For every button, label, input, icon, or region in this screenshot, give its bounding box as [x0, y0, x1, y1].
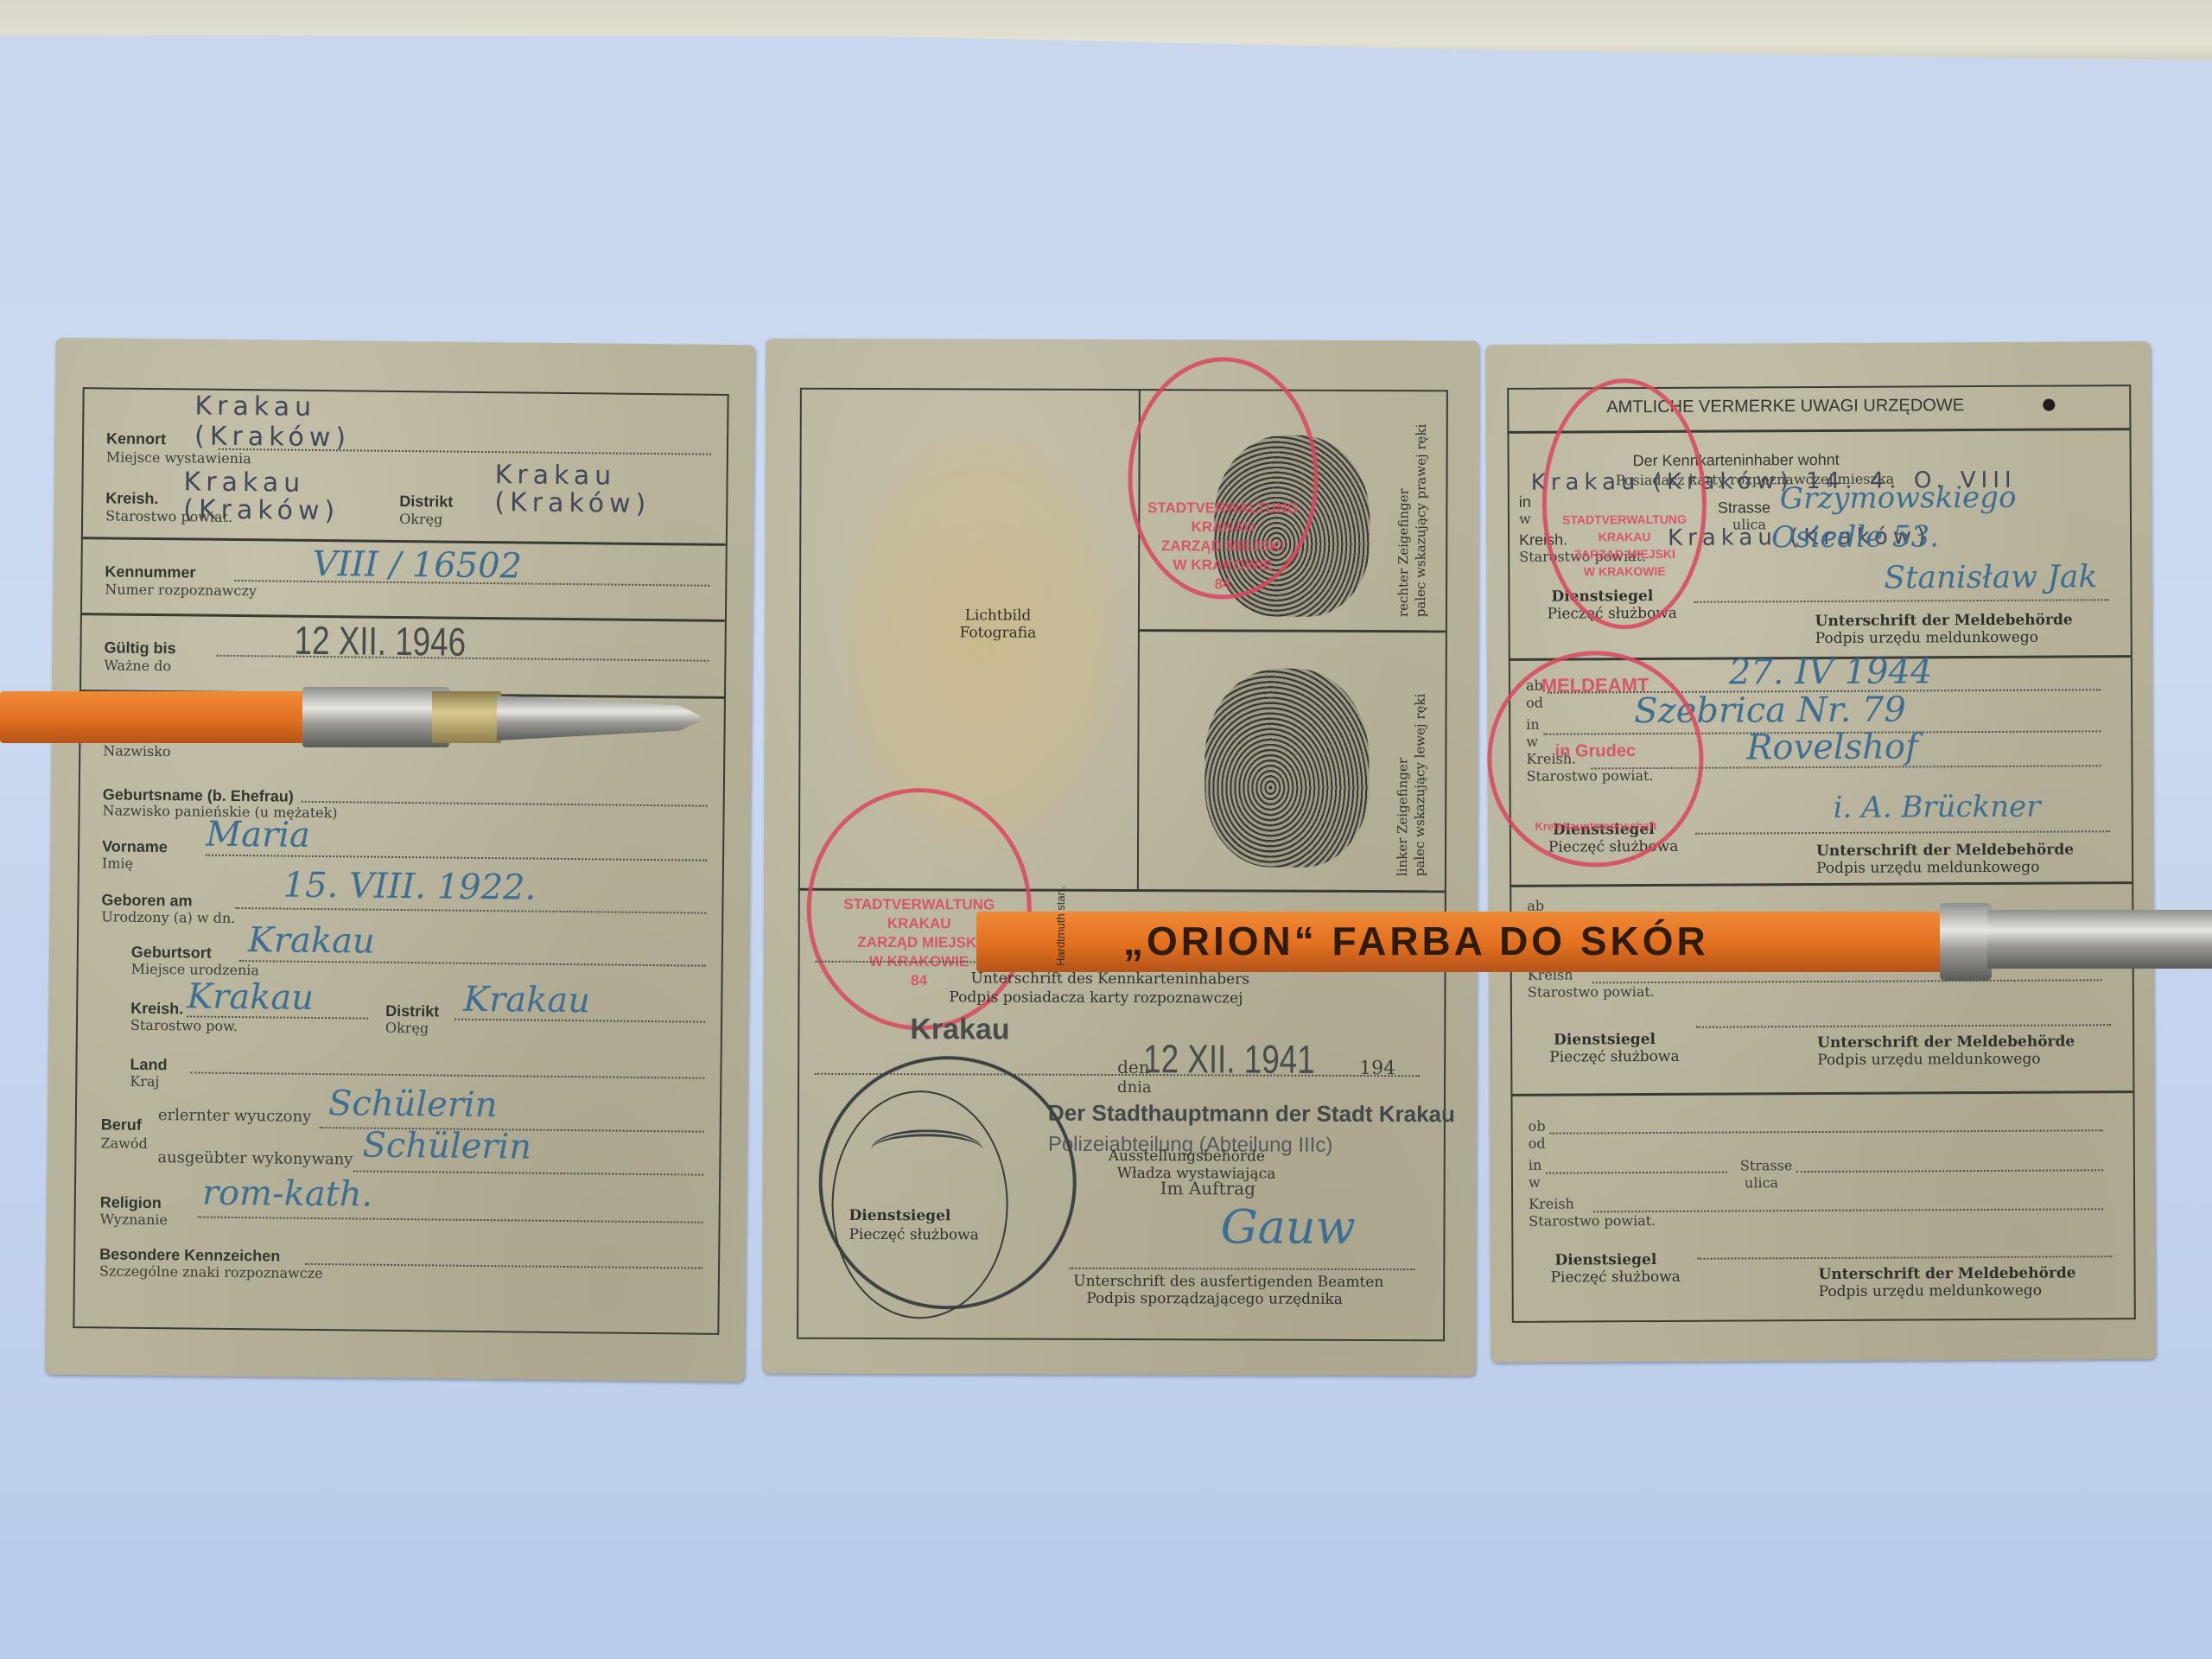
kreish-value: Rovelshof — [1746, 727, 1918, 767]
kreish-sub: Starostwo powiat. — [1529, 1212, 1656, 1230]
year-prefix: 194 — [1359, 1058, 1395, 1079]
stamp-text: MELDEAMT — [1491, 674, 1699, 697]
religion-value: rom-kath. — [202, 1173, 373, 1215]
strasse-label: Strasse — [1740, 1157, 1793, 1173]
sign-sub: Podpis urzędu meldunkowego — [1819, 1282, 2042, 1300]
gultig-label: Gültig bis — [104, 639, 175, 658]
seal-label: Dienstsiegel — [1554, 1031, 1656, 1049]
eagle-emblem-icon — [871, 1129, 983, 1171]
city-red-stamp: STADTVERWALTUNG KRAKAU ZARZĄD MIEJSKI W … — [1128, 357, 1319, 600]
photo-label: Lichtbild — [946, 607, 1050, 624]
osiedle-value: Osiedle 53. — [1771, 519, 1939, 555]
kennort-value: Krakau — [194, 391, 316, 422]
gultig-value: 12 XII. 1946 — [294, 617, 466, 665]
sign-label: Unterschrift der Meldebehörde — [1817, 1033, 2075, 1052]
distrikt2-label: Distrikt — [385, 1002, 439, 1021]
distrikt-label: Distrikt — [399, 493, 453, 512]
pen-ferrule — [1940, 903, 1992, 981]
gultig-sub: Ważne do — [104, 657, 171, 674]
kennort-label: Kennort — [106, 429, 166, 448]
kreish2-label: Kreish. — [130, 1000, 183, 1019]
punch-hole — [2043, 399, 2055, 411]
stamp-text: Kreishauptmannschaft — [1492, 819, 1700, 833]
stamp-text: KRAKAU — [1547, 530, 1702, 544]
stamp-text: W KRAKOWIE — [1547, 564, 1702, 579]
geburtsort-label: Geburtsort — [131, 944, 212, 963]
pen-brand-text: „ORION“ FARBA DO SKÓR — [1123, 918, 1709, 964]
od-label: od — [1529, 1135, 1546, 1152]
official-signature-sub: Podpis sporządzającego urzędnika — [1086, 1290, 1343, 1308]
sign-sub: Podpis urzędu meldunkowego — [1815, 629, 2038, 647]
kreish-value: Krakau — [183, 467, 305, 498]
fabric-background — [0, 0, 2212, 60]
stamp-text: ZARZĄD MIEJSKI — [1547, 547, 1702, 562]
photo-sub: Fotografia — [946, 624, 1050, 641]
distrikt-value: Krakau — [494, 460, 616, 491]
im-auftrag: Im Auftrag — [1160, 1178, 1255, 1198]
stamp-text: STADTVERWALTUNG — [1547, 512, 1702, 527]
right-finger-sub: palec wskazujący prawej ręki — [1413, 424, 1429, 618]
authority: Der Stadthauptmann der Stadt Krakau — [1048, 1100, 1455, 1128]
geburtsort-value: Krakau — [248, 920, 375, 962]
name-sub: Nazwisko — [103, 742, 171, 760]
meldeamt-red-stamp: MELDEAMT in Grudec Kreishauptmannschaft — [1487, 651, 1704, 868]
left-panel-personal-data: Krakau (Kraków) Kennort Miejsce wystawie… — [45, 338, 756, 1382]
seal-box-circle — [831, 1090, 1008, 1319]
kreish-sub: Starostwo powiat. — [1528, 983, 1655, 1001]
vorname-label: Vorname — [102, 837, 168, 856]
distrikt-value2: (Kraków) — [494, 487, 651, 519]
seal-sub: Pieczęć służbowa — [849, 1226, 978, 1244]
place: Krakau — [910, 1013, 1009, 1046]
practiced-value: Schülerin — [362, 1126, 531, 1167]
sign-label: Unterschrift der Meldebehörde — [1819, 1264, 2076, 1283]
distrikt2-value: Krakau — [463, 980, 590, 1021]
ab-label: ob — [1529, 1118, 1546, 1135]
geburtsort-sub: Miejsce urodzenia — [131, 961, 260, 979]
pen-clip-ring — [302, 687, 449, 747]
ausstellung-label: Ausstellungsbehörde — [1109, 1147, 1265, 1166]
ulica-label: ulica — [1745, 1174, 1778, 1191]
beruf-label: Beruf — [101, 1116, 142, 1134]
stamp-text: STADTVERWALTUNG — [1132, 499, 1313, 518]
resident-signature: Stanisław Jak — [1884, 559, 2097, 595]
official-signature: Gauw — [1220, 1199, 1356, 1255]
kennummer-value: VIII / 16502 — [312, 544, 522, 587]
right-finger-label: rechter Zeigefinger — [1395, 488, 1412, 617]
religion-sub: Wyznanie — [100, 1211, 168, 1228]
city-red-stamp: STADTVERWALTUNG KRAKAU ZARZĄD MIEJSKI W … — [1541, 378, 1707, 630]
kreish-sub: Starostwo powiat. — [105, 507, 232, 525]
geboren-value: 15. VIII. 1922. — [283, 866, 536, 908]
w-label: w — [1529, 1174, 1541, 1191]
sign-label: Unterschrift der Meldebehörde — [1816, 841, 2074, 860]
stamp-text: KRAKAU — [1132, 518, 1313, 537]
strasse-label: Strasse — [1718, 499, 1770, 517]
kreish2-sub: Starostwo pow. — [130, 1017, 238, 1034]
land-sub: Kraj — [130, 1073, 159, 1090]
holder-signature-label: Unterschrift des Kennkarteninhabers — [970, 969, 1249, 988]
pen-barrel — [0, 691, 311, 743]
left-fingerprint — [1205, 668, 1370, 868]
pen-small-text: Hardtmuth stan. — [1054, 887, 1067, 967]
issue-date: 12 XII. 1941 — [1143, 1035, 1315, 1083]
in-label: in — [1519, 493, 1531, 512]
sign-label: Unterschrift der Meldebehörde — [1815, 611, 2073, 630]
kennzeichen-sub: Szczególne znaki rozpoznawcze — [99, 1262, 323, 1281]
strasse-value: Grzymowskiego — [1780, 480, 2017, 516]
left-finger-label: linker Zeigefinger — [1395, 758, 1410, 876]
holder-signature-sub: Podpis posiadacza karty rozpoznawczej — [949, 988, 1243, 1007]
seal-label: Dienstsiegel — [1554, 1251, 1656, 1269]
practiced-label: ausgeübter wykonywany — [157, 1148, 353, 1168]
ab-value: 27. IV 1944 — [1729, 652, 1933, 692]
kennummer-sub: Numer rozpoznawczy — [105, 581, 257, 599]
distrikt2-sub: Okręg — [385, 1020, 429, 1037]
kennummer-label: Kennummer — [105, 563, 195, 582]
stamp-text: 84 — [1132, 575, 1313, 594]
kennort-sub: Miejsce wystawienia — [106, 448, 251, 467]
kreish-label: Kreish — [1529, 1195, 1574, 1211]
registration-signature: i. A. Brückner — [1834, 790, 2041, 825]
vorname-sub: Imię — [102, 855, 133, 871]
pen-tip-holder — [1987, 910, 2212, 969]
stamp-text: W KRAKOWIE — [1132, 556, 1313, 575]
sign-sub: Podpis urzędu meldunkowego — [1817, 1051, 2040, 1069]
beruf-sub: Zawód — [100, 1135, 147, 1152]
official-signature-label: Unterschrift des ausfertigenden Beamten — [1073, 1273, 1383, 1291]
land-label: Land — [130, 1056, 167, 1074]
w-label: w — [1519, 511, 1531, 527]
kreish2-value: Krakau — [187, 976, 314, 1018]
distrikt-sub: Okręg — [399, 511, 442, 528]
vorname-value: Maria — [206, 815, 310, 855]
learned-value: Schülerin — [328, 1084, 498, 1125]
pen-brass-band — [432, 691, 501, 743]
geboren-label: Geboren am — [101, 891, 192, 910]
middle-panel-photo-fingerprints: Lichtbild Fotografia rechter Zeigefinger… — [762, 339, 1479, 1376]
seal-label: Dienstsiegel — [849, 1207, 951, 1224]
seal-sub: Pieczęć służbowa — [1549, 1048, 1679, 1066]
kreish-label: Kreish. — [105, 489, 158, 508]
stamp-text: in Grudec — [1491, 741, 1699, 762]
form-frame — [73, 387, 728, 1335]
religion-label: Religion — [100, 1193, 162, 1212]
right-panel-official-remarks: AMTLICHE VERMERKE UWAGI URZĘDOWE Der Ken… — [1485, 341, 2156, 1363]
geboren-sub: Urodzony (a) w dn. — [101, 908, 235, 926]
sign-sub: Podpis urzędu meldunkowego — [1816, 859, 2039, 877]
stamp-text: ZARZĄD MIEJSKI — [1132, 537, 1313, 556]
seal-sub: Pieczęć służbowa — [1551, 1268, 1681, 1287]
learned-label: erlernter wyuczony — [158, 1106, 312, 1126]
in-label: in — [1529, 1157, 1542, 1173]
left-finger-sub: palec wskazujący lewej ręki — [1412, 694, 1428, 877]
